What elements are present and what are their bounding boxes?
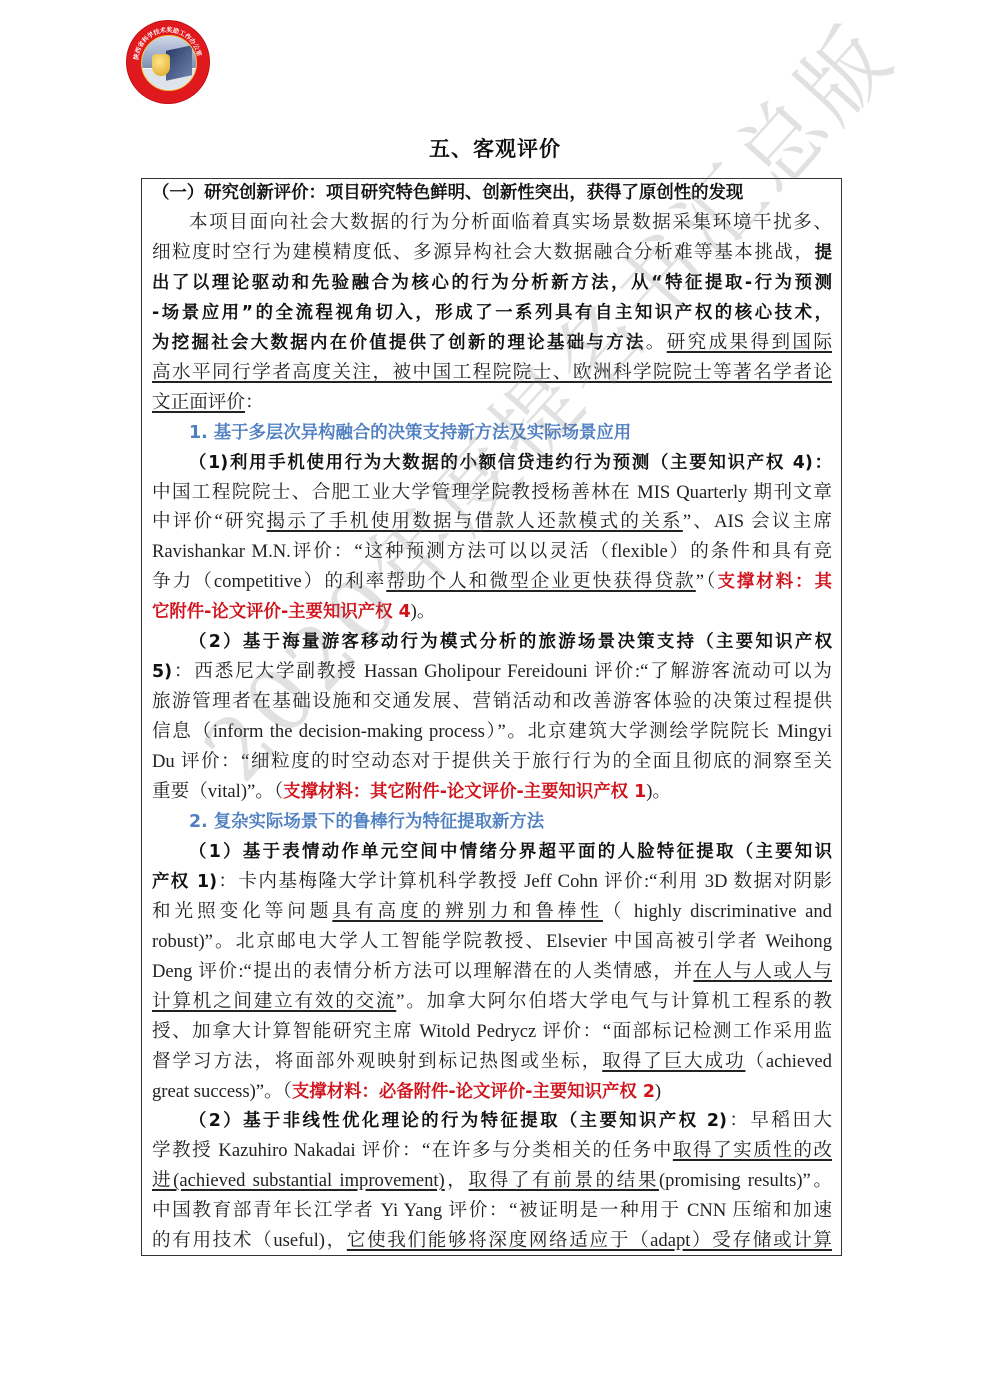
text-segment: ”、AIS 会议主席 xyxy=(683,511,832,532)
text-line: 信息（inform the decision-making process）”。… xyxy=(152,717,832,747)
text-segment: 2. 复杂实际场景下的鲁棒行为特征提取新方法 xyxy=(189,812,544,832)
text-segment: ： xyxy=(245,392,264,413)
text-segment: 本项目面向社会大数据的行为分析面临着真实场景数据采集环境干扰多、 xyxy=(189,212,832,233)
text-segment: Du 评价：“细粒度的时空动态对于提供关于旅行行为的全面且彻底的洞察至关 xyxy=(152,751,832,772)
text-line: Ravishankar M.N.评价：“这种预测方法可以以灵活（flexible… xyxy=(152,537,832,567)
text-line: 计算机之间建立有效的交流”。加拿大阿尔伯塔大学电气与计算机工程系的教 xyxy=(152,987,832,1017)
text-line: Du 评价：“细粒度的时空动态对于提供关于旅行行为的全面且彻底的洞察至关 xyxy=(152,747,832,777)
text-segment: 争力（competitive）的利率 xyxy=(152,571,386,592)
underlined-quote: 帮助个人和微型企业更快获得贷款 xyxy=(386,571,696,592)
text-segment: （一）研究创新评价：项目研究特色鲜明、创新性突出，获得了原创性的发现 xyxy=(152,183,743,203)
text-line: -场景应用”的全流程视角切入，形成了一系列具有自主知识产权的核心技术， xyxy=(152,298,832,328)
text-line: 高水平同行学者高度关注，被中国工程院院士、欧洲科学院院士等著名学者论 xyxy=(152,358,832,388)
text-segment: （2）基于非线性优化理论的行为特征提取（主要知识产权 2) xyxy=(189,1111,727,1131)
text-segment: ”（ xyxy=(696,571,718,592)
text-segment: great success)”。（ xyxy=(152,1081,292,1102)
text-line: 授、加拿大计算智能研究主席 Witold Pedrycz 评价：“面部标记检测工… xyxy=(152,1017,832,1047)
text-segment: robust)”。北京邮电大学人工智能学院教授、Elsevier 中国高被引学者… xyxy=(152,931,832,952)
underlined-quote: 研究成果得到国际 xyxy=(667,332,832,353)
text-segment: 细粒度时空行为建模精度低、多源异构社会大数据融合分析难等基本挑战， xyxy=(152,242,815,263)
text-segment: 为挖掘社会大数据内在价值提供了创新的理论基础与方法 xyxy=(152,333,646,353)
text-segment: )。 xyxy=(646,781,671,802)
text-line: 中国教育部青年长江学者 Yi Yang 评价：“被证明是一种用于 CNN 压缩和… xyxy=(152,1196,832,1226)
text-line: 中国工程院院士、合肥工业大学管理学院教授杨善林在 MIS Quarterly 期… xyxy=(152,478,832,508)
text-line: 文正面评价： xyxy=(152,388,832,418)
text-line: 5)：西悉尼大学副教授 Hassan Gholipour Fereidouni … xyxy=(152,657,832,687)
text-segment: 和光照变化等问题 xyxy=(152,901,332,922)
text-line: 学教授 Kazuhiro Nakadai 评价：“在许多与分类相关的任务中取得了… xyxy=(152,1136,832,1166)
text-segment: （1）基于表情动作单元空间中情绪分界超平面的人脸特征提取（主要知识 xyxy=(189,842,832,862)
support-material-ref: 支撑材料：其 xyxy=(717,572,832,592)
text-segment: 产权 1) xyxy=(152,872,217,892)
text-segment: 5) xyxy=(152,662,172,682)
text-segment: Deng 评价:“提出的表情分析方法可以理解潜在的人类情感，并 xyxy=(152,961,693,982)
section-heading: （一）研究创新评价：项目研究特色鲜明、创新性突出，获得了原创性的发现 xyxy=(152,178,832,208)
text-line: （2）基于海量游客移动行为模式分析的旅游场景决策支持（主要知识产权 xyxy=(152,627,832,657)
text-line: （2）基于非线性优化理论的行为特征提取（主要知识产权 2)：早稻田大 xyxy=(152,1106,832,1136)
text-segment: 督学习方法，将面部外观映射到标记热图或坐标， xyxy=(152,1051,602,1072)
underlined-quote: 取得了巨大成功 xyxy=(602,1051,745,1072)
text-segment: 授、加拿大计算智能研究主席 Witold Pedrycz 评价：“面部标记检测工… xyxy=(152,1021,832,1042)
text-line: （1)利用手机使用行为大数据的小额信贷违约行为预测（主要知识产权 4)： xyxy=(152,448,832,478)
support-material-ref: 支撑材料：必备附件-论文评价-主要知识产权 2 xyxy=(292,1082,655,1102)
text-segment: （achieved xyxy=(745,1051,832,1072)
text-line: 它附件-论文评价-主要知识产权 4)。 xyxy=(152,597,832,627)
support-material-ref: 它附件-论文评价-主要知识产权 4 xyxy=(152,602,411,622)
underlined-quote: 取得了有前景的结果 xyxy=(468,1170,659,1191)
underlined-quote: 它使我们能够将深度网络适应于（adapt）受存储或计算 xyxy=(347,1230,832,1251)
text-segment: 学教授 Kazuhiro Nakadai 评价：“在许多与分类相关的任务中 xyxy=(152,1140,673,1161)
text-line: 和光照变化等问题具有高度的辨别力和鲁棒性（ highly discriminat… xyxy=(152,897,832,927)
text-segment: Ravishankar M.N.评价：“这种预测方法可以以灵活（flexible… xyxy=(152,541,832,562)
page-title: 五、客观评价 xyxy=(0,133,990,163)
text-line: 重要（vital)”。（支撑材料：其它附件-论文评价-主要知识产权 1)。 xyxy=(152,777,832,807)
seal-ring-text: 陕西省科学技术奖励工作办公室 xyxy=(127,21,209,103)
text-segment: ：卡内基梅隆大学计算机科学教授 Jeff Cohn 评价:“利用 3D 数据对阴… xyxy=(217,871,832,892)
text-segment: 中评价“研究 xyxy=(152,511,267,532)
text-segment: 重要（vital)”。（ xyxy=(152,781,283,802)
text-segment: 信息（inform the decision-making process）”。… xyxy=(152,721,832,742)
support-material-ref: 支撑材料：其它附件-论文评价-主要知识产权 1 xyxy=(283,782,646,802)
underlined-quote: 进(achieved substantial improvement) xyxy=(152,1170,445,1191)
underlined-quote: 高水平同行学者高度关注，被中国工程院院士、欧洲科学院院士等著名学者论 xyxy=(152,362,832,383)
text-line: 督学习方法，将面部外观映射到标记热图或坐标，取得了巨大成功（achieved xyxy=(152,1047,832,1077)
text-segment: -场景应用”的全流程视角切入，形成了一系列具有自主知识产权的核心技术， xyxy=(152,303,832,323)
text-segment: ) xyxy=(655,1081,661,1102)
underlined-quote: 文正面评价 xyxy=(152,392,245,413)
text-line: 产权 1)：卡内基梅隆大学计算机科学教授 Jeff Cohn 评价:“利用 3D… xyxy=(152,867,832,897)
text-segment: 。 xyxy=(646,332,667,353)
text-line: 争力（competitive）的利率帮助个人和微型企业更快获得贷款”（支撑材料：… xyxy=(152,567,832,597)
text-line: 中评价“研究揭示了手机使用数据与借款人还款模式的关系”、AIS 会议主席 xyxy=(152,507,832,537)
underlined-quote: 在人与人或人与 xyxy=(693,961,832,982)
underlined-quote: 具有高度的辨别力和鲁棒性 xyxy=(332,901,603,922)
text-segment: ， xyxy=(445,1170,469,1191)
text-segment: (promising results)”。 xyxy=(659,1170,832,1191)
text-segment: ：早稻田大 xyxy=(727,1110,832,1131)
text-segment: 中国工程院院士、合肥工业大学管理学院教授杨善林在 MIS Quarterly 期… xyxy=(152,482,832,503)
text-line: 出了以理论驱动和先验融合为核心的行为分析新方法，从“特征提取-行为预测 xyxy=(152,268,832,298)
text-segment: 旅游管理者在基础设施和交通发展、营销活动和改善游客体验的决策过程提供 xyxy=(152,691,832,712)
text-line: robust)”。北京邮电大学人工智能学院教授、Elsevier 中国高被引学者… xyxy=(152,927,832,957)
text-line: 的有用技术（useful)，它使我们能够将深度网络适应于（adapt）受存储或计… xyxy=(152,1226,832,1256)
text-segment: （2）基于海量游客移动行为模式分析的旅游场景决策支持（主要知识产权 xyxy=(189,632,832,652)
text-line: 细粒度时空行为建模精度低、多源异构社会大数据融合分析难等基本挑战，提 xyxy=(152,238,832,268)
subsection-heading: 2. 复杂实际场景下的鲁棒行为特征提取新方法 xyxy=(152,807,832,837)
text-segment: 出了以理论驱动和先验融合为核心的行为分析新方法，从“特征提取-行为预测 xyxy=(152,273,832,293)
subsection-heading: 1. 基于多层次异构融合的决策支持新方法及实际场景应用 xyxy=(152,418,832,448)
text-line: 进(achieved substantial improvement)，取得了有… xyxy=(152,1166,832,1196)
text-segment: 提 xyxy=(815,243,832,263)
underlined-quote: 揭示了手机使用数据与借款人还款模式的关系 xyxy=(267,511,683,532)
text-line: 为挖掘社会大数据内在价值提供了创新的理论基础与方法。研究成果得到国际 xyxy=(152,328,832,358)
text-line: great success)”。（支撑材料：必备附件-论文评价-主要知识产权 2… xyxy=(152,1077,832,1107)
text-line: （1）基于表情动作单元空间中情绪分界超平面的人脸特征提取（主要知识 xyxy=(152,837,832,867)
text-line: Deng 评价:“提出的表情分析方法可以理解潜在的人类情感，并在人与人或人与 xyxy=(152,957,832,987)
organization-seal-logo: 陕西省科学技术奖励工作办公室 xyxy=(127,21,209,103)
text-segment: 中国教育部青年长江学者 Yi Yang 评价：“被证明是一种用于 CNN 压缩和… xyxy=(152,1200,832,1221)
text-segment: ”。加拿大阿尔伯塔大学电气与计算机工程系的教 xyxy=(396,991,832,1012)
svg-text:陕西省科学技术奖励工作办公室: 陕西省科学技术奖励工作办公室 xyxy=(132,26,204,60)
text-segment: （1)利用手机使用行为大数据的小额信贷违约行为预测（主要知识产权 4)： xyxy=(189,453,832,473)
text-segment: 1. 基于多层次异构融合的决策支持新方法及实际场景应用 xyxy=(189,423,631,443)
text-line: 本项目面向社会大数据的行为分析面临着真实场景数据采集环境干扰多、 xyxy=(152,208,832,238)
text-segment: 的有用技术（useful)， xyxy=(152,1230,347,1251)
text-line: 旅游管理者在基础设施和交通发展、营销活动和改善游客体验的决策过程提供 xyxy=(152,687,832,717)
text-segment: ：西悉尼大学副教授 Hassan Gholipour Fereidouni 评价… xyxy=(172,661,832,682)
text-segment: )。 xyxy=(411,601,436,622)
underlined-quote: 取得了实质性的改 xyxy=(673,1140,832,1161)
underlined-quote: 计算机之间建立有效的交流 xyxy=(152,991,396,1012)
text-segment: （ highly discriminative and xyxy=(603,901,832,922)
